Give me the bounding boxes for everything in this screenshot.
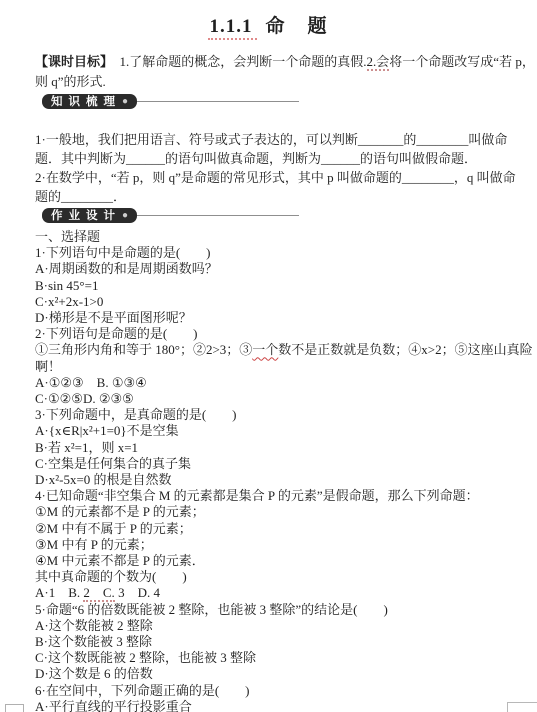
q4-count-line: 其中真命题的个数为( ) <box>35 569 519 585</box>
q1-stem: 1·下列语句中是命题的是( ) <box>35 245 519 261</box>
knowledge-line: 1·一般地，我们把用语言、符号或式子表达的，可以判断_______的______… <box>35 130 517 149</box>
knowledge-badge-label: 知识梳理 <box>51 93 121 109</box>
badge-dot-icon: ● <box>122 96 128 107</box>
q5-choice-c: C·这个数既能被 2 整除，也能被 3 整除 <box>35 650 519 666</box>
objective-label: 【课时目标】 <box>35 54 107 69</box>
q3-choice-b: B·若 x²=1，则 x=1 <box>35 440 519 456</box>
lesson-objective: 【课时目标】 1.了解命题的概念，会判断一个命题的真假.2.会将一个命题改写成“… <box>35 52 517 92</box>
q4-stem: 4·已知命题“非空集合 M 的元素都是集合 P 的元素”是假命题，那么下列命题： <box>35 488 519 504</box>
q4-choices-text-2: 3 D. 4 <box>115 585 160 600</box>
q2-items-text-2: 数不是正数就是负数；④x>2；⑤这座山真险 <box>278 342 532 357</box>
objective-text-1: 1.了解命题的概念，会判断一个命题的真假. <box>107 54 367 69</box>
exercise-block: 一、选择题 1·下列语句中是命题的是( ) A·周期函数的和是周期函数吗？ B·… <box>35 229 519 712</box>
q2-items-marked-text: 一个 <box>252 342 278 357</box>
q1-choice-c: C·x²+2x-1>0 <box>35 294 519 310</box>
page-title: 1.1.1命 题 <box>0 0 537 39</box>
objective-line-1: 【课时目标】 1.了解命题的概念，会判断一个命题的真假.2.会将一个命题改写成“… <box>35 52 517 72</box>
q1-choice-d: D·梯形是不是平面图形呢？ <box>35 310 519 326</box>
q6-stem: 6·在空间中，下列命题正确的是( ) <box>35 683 519 699</box>
q2-stem: 2·下列语句是命题的是( ) <box>35 326 519 342</box>
knowledge-badge: 知识梳理● <box>42 94 137 109</box>
q2-items-tail: 啊！ <box>35 359 519 375</box>
badge-dot-icon: ● <box>122 210 128 221</box>
q5-choice-a: A·这个数能被 2 整除 <box>35 618 519 634</box>
page-corner-artifact-right <box>507 702 537 712</box>
section-heading-multiple-choice: 一、选择题 <box>35 229 519 245</box>
homework-badge: 作业设计● <box>42 208 137 223</box>
q5-choice-b: B·这个数能被 3 整除 <box>35 634 519 650</box>
q4-item-2: ②M 中有不属于 P 的元素； <box>35 521 519 537</box>
q1-choice-b: B·sin 45°=1 <box>35 278 519 294</box>
objective-marked-text: 2.会 <box>367 54 390 71</box>
q2-choices-ab: A·①②③ B. ①③④ <box>35 375 519 391</box>
objective-line-2: 则 q”的形式. <box>35 72 517 92</box>
q4-choices-marked-text: 2 C. <box>83 585 114 602</box>
title-text: 命 题 <box>265 16 328 37</box>
q2-items: ①三角形内角和等于 180°；②2>3；③一个数不是正数就是负数；④x>2；⑤这… <box>35 342 519 358</box>
homework-badge-label: 作业设计 <box>51 207 121 223</box>
q4-item-4: ④M 中元素不都是 P 的元素． <box>35 553 519 569</box>
knowledge-line: 题．其中判断为______的语句叫做真命题，判断为______的语句叫做假命题． <box>35 149 517 168</box>
knowledge-section-header: 知识梳理● <box>42 94 537 108</box>
knowledge-review-block: 1·一般地，我们把用语言、符号或式子表达的，可以判断_______的______… <box>35 130 517 206</box>
q4-choices: A·1 B. 2 C. 3 D. 4 <box>35 585 519 601</box>
q5-choice-d: D·这个数是 6 的倍数 <box>35 666 519 682</box>
homework-section-header: 作业设计● <box>42 208 537 222</box>
q2-items-text-1: ①三角形内角和等于 180°；②2>3；③ <box>35 342 252 357</box>
objective-text-2: 将一个命题改写成“若 p， <box>389 54 535 69</box>
q3-choice-a: A·{x∈R|x²+1=0}不是空集 <box>35 423 519 439</box>
page-corner-artifact-left <box>5 704 24 712</box>
q4-item-1: ①M 的元素都不是 P 的元素； <box>35 504 519 520</box>
q3-choice-c: C·空集是任何集合的真子集 <box>35 456 519 472</box>
q3-stem: 3·下列命题中，是真命题的是( ) <box>35 407 519 423</box>
header-rule <box>137 101 299 102</box>
knowledge-line: 2·在数学中，“若 p，则 q”是命题的常见形式，其中 p 叫做命题的_____… <box>35 168 517 187</box>
q3-choice-d: D·x²-5x=0 的根是自然数 <box>35 472 519 488</box>
q5-stem: 5·命题“6 的倍数既能被 2 整除，也能被 3 整除”的结论是( ) <box>35 602 519 618</box>
knowledge-line: 题的________． <box>35 187 517 206</box>
q4-choices-text-1: A·1 B. <box>35 585 83 600</box>
q2-choices-cd: C·①②⑤D. ②③⑤ <box>35 391 519 407</box>
q1-choice-a: A·周期函数的和是周期函数吗？ <box>35 261 519 277</box>
header-rule <box>137 215 299 216</box>
worksheet-page: 1.1.1命 题 【课时目标】 1.了解命题的概念，会判断一个命题的真假.2.会… <box>0 0 537 712</box>
q6-choice-a: A·平行直线的平行投影重合 <box>35 699 519 712</box>
title-section-number: 1.1.1 <box>208 16 257 40</box>
q4-item-3: ③M 中有 P 的元素； <box>35 537 519 553</box>
